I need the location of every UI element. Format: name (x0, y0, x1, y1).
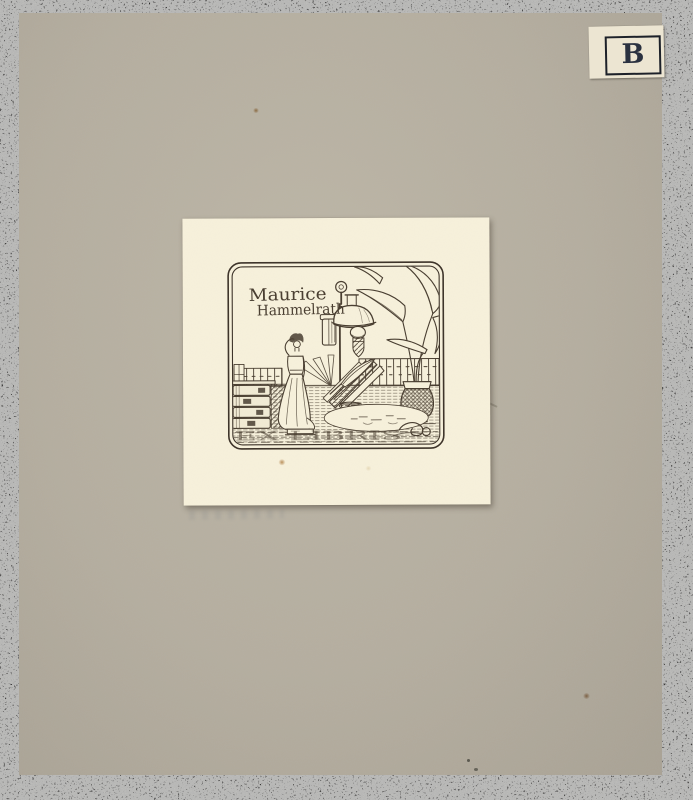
dirt-speck (474, 768, 478, 771)
bookplate: EX LIBRIS Maurice Hammelrath (182, 217, 490, 505)
photo-mount: EX LIBRIS Maurice Hammelrath (0, 0, 693, 800)
foxing-spot (365, 466, 371, 471)
b-label-border: B (605, 35, 662, 75)
mounting-card: EX LIBRIS Maurice Hammelrath (19, 13, 662, 775)
b-label: B (588, 25, 664, 79)
foxing-spot (583, 693, 590, 699)
paper-grain-texture (182, 217, 490, 505)
foxing-spot (253, 108, 259, 113)
faint-offset-smudge (189, 509, 284, 520)
dirt-speck (467, 759, 470, 762)
foxing-spot (278, 459, 285, 465)
b-label-letter: B (621, 41, 644, 68)
bookplate-illustration: EX LIBRIS Maurice Hammelrath (182, 217, 490, 505)
